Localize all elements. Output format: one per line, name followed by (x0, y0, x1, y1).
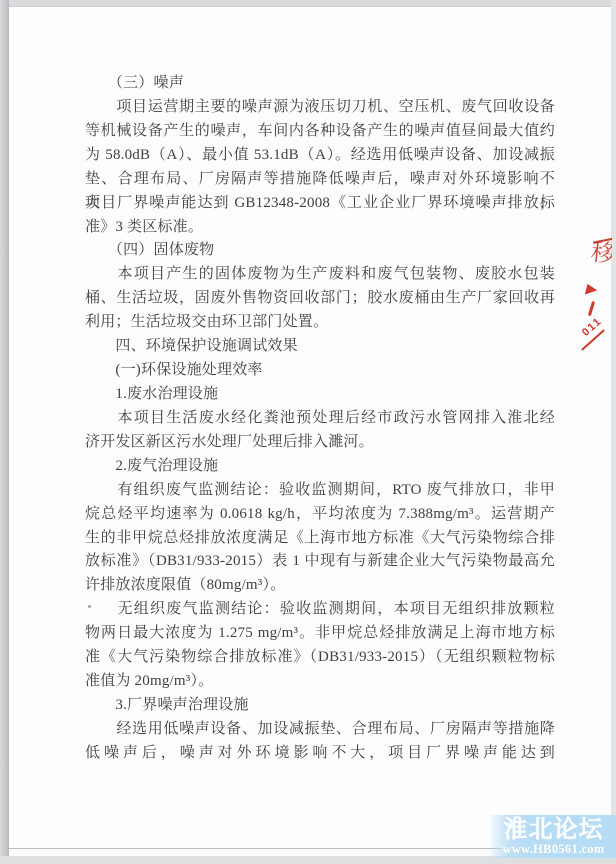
text-line: 放标准》（DB31/933-2015）表 1 中现有与新建企业大气污染物最高允 (85, 550, 555, 574)
text-line: 本项目产生的固体废物为生产废料和废气包装物、废胶水包装 (85, 263, 555, 287)
red-ink-tail-icon (588, 301, 595, 316)
red-ink-number: 011 (580, 315, 605, 339)
text-line: 低噪声后，噪声对外环境影响不大，项目厂界噪声能达到 (85, 742, 555, 766)
scan-edge-left (0, 0, 9, 864)
text-line: 许排放浓度限值（80mg/m³）。 (85, 574, 555, 598)
red-ink-check-icon (585, 284, 598, 297)
text-line: 经选用低噪声设备、加设减振垫、合理布局、厂房隔声等措施降 (85, 718, 555, 742)
text-line: 烷总烃平均速率为 0.0618 kg/h，平均浓度为 7.388mg/m³。运营… (85, 503, 555, 527)
text-line: （四）固体废物 (85, 239, 555, 263)
text-line: 1.废水治理设施 (85, 383, 555, 407)
text-line: （三）噪声 (85, 72, 555, 96)
text-line: 有组织废气监测结论：验收监测期间，RTO 废气排放口，非甲 (85, 479, 555, 503)
text-line: 利用；生活垃圾交由环卫部门处置。 (85, 311, 555, 335)
text-line: 四、环境保护设施调试效果 (85, 335, 555, 359)
text-line: 为 58.0dB（A）、最小值 53.1dB（A）。经选用低噪声设备、加设减振 (85, 144, 555, 168)
text-line: (一)环保设施处理效率 (85, 359, 555, 383)
text-line: 等机械设备产生的噪声，车间内各种设备产生的噪声值昼间最大值约 (85, 120, 555, 144)
text-line: 准》3 类区标准。 (85, 216, 555, 240)
text-line: 桶、生活垃圾，固废外售物资回收部门；胶水废桶由生产厂家回收再 (85, 287, 555, 311)
text-line: 物两日最大浓度为 1.275 mg/m³。非甲烷总烃排放满足上海市地方标 (85, 622, 555, 646)
red-ink-character: 移 (590, 240, 612, 268)
ink-dot (88, 605, 91, 608)
text-line: 济开发区新区污水处理厂处理后排入濉河。 (85, 431, 555, 455)
document-text: （三）噪声 项目运营期主要的噪声源为液压切刀机、空压机、废气回收设备等机械设备产… (85, 72, 555, 766)
document-page: （三）噪声 项目运营期主要的噪声源为液压切刀机、空压机、废气回收设备等机械设备产… (9, 6, 611, 849)
text-line: 垫、合理布局、厂房隔声等措施降低噪声后，噪声对外环境影响不大， (85, 168, 555, 192)
text-line: 项目运营期主要的噪声源为液压切刀机、空压机、废气回收设备 (85, 96, 555, 120)
watermark-badge: 淮北论坛 www.HB0561.com (491, 815, 616, 858)
text-line: 无组织废气监测结论：验收监测期间，本项目无组织排放颗粒 (85, 598, 555, 622)
red-ink-annotations: 移 011 (578, 229, 612, 353)
text-line: 生的非甲烷总烃排放浓度满足《上海市地方标准《大气污染物综合排 (85, 527, 555, 551)
scan-edge-right (611, 0, 616, 864)
watermark-url: www.HB0561.com (502, 843, 604, 856)
text-line: 准《大气污染物综合排放标准》（DB31/933-2015）（无组织颗粒物标 (85, 646, 555, 670)
watermark-logo: 淮北论坛 (504, 816, 604, 843)
text-line: 3.厂界噪声治理设施 (85, 694, 555, 718)
text-line: 准值为 20mg/m³）。 (85, 670, 555, 694)
text-line: 项目厂界噪声能达到 GB12348-2008《工业企业厂界环境噪声排放标 (85, 192, 555, 216)
text-line: 本项目生活废水经化粪池预处理后经市政污水管网排入淮北经 (85, 407, 555, 431)
scanned-document-screenshot: （三）噪声 项目运营期主要的噪声源为液压切刀机、空压机、废气回收设备等机械设备产… (0, 0, 616, 864)
text-line: 2.废气治理设施 (85, 455, 555, 479)
